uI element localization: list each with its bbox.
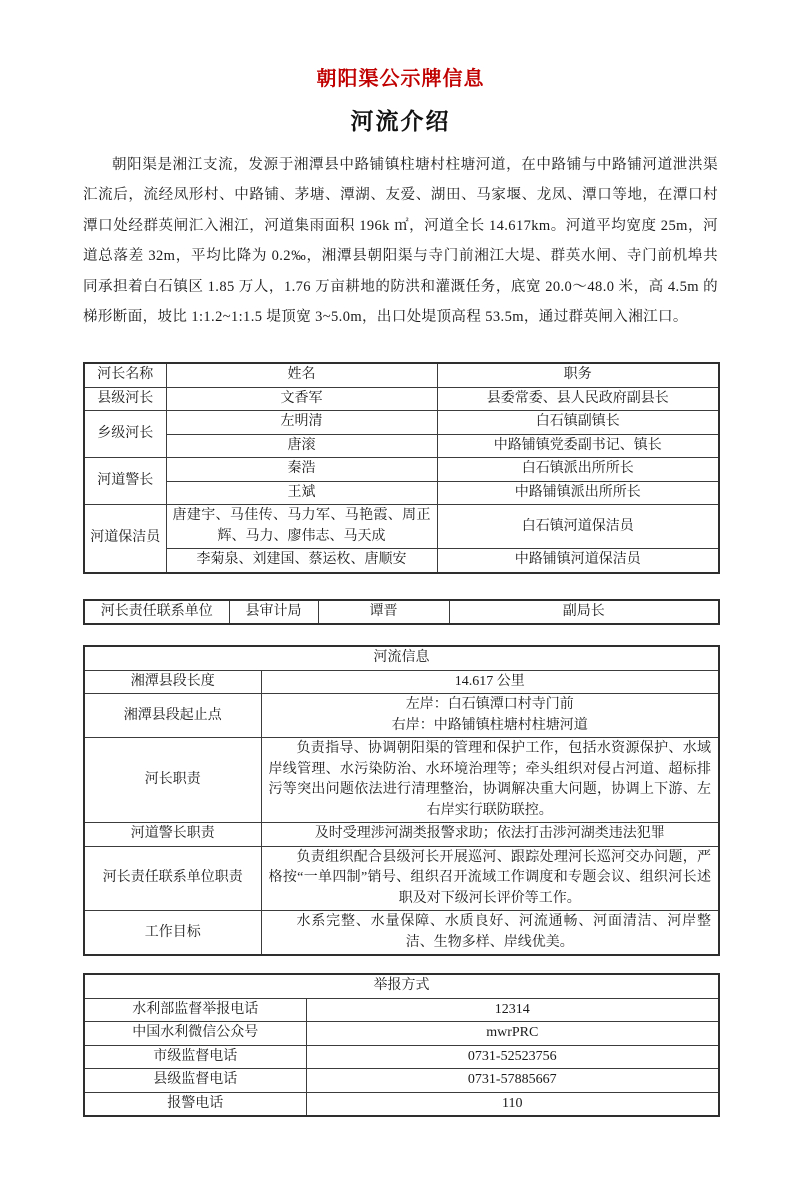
liaison-person-title: 副局长 xyxy=(449,600,719,625)
chiefs-header-person: 姓名 xyxy=(166,363,437,387)
liaison-person-name: 谭晋 xyxy=(318,600,449,625)
river-endpoints-value: 左岸：白石镇潭口村寺门前 右岸：中路铺镇柱塘村柱塘河道 xyxy=(261,694,719,738)
report-label: 中国水利微信公众号 xyxy=(84,1022,306,1046)
river-police-duty: 中路铺镇派出所所长 xyxy=(437,481,719,505)
river-info-title: 河流信息 xyxy=(84,646,719,670)
report-row: 报警电话 110 xyxy=(84,1092,719,1116)
river-info-table: 河流信息 湘潭县段长度 14.617 公里 湘潭县段起止点 左岸：白石镇潭口村寺… xyxy=(83,645,720,956)
liaison-duty-label: 河长责任联系单位职责 xyxy=(84,846,261,911)
river-police-label: 河道警长 xyxy=(84,458,166,505)
cleaners-persons: 唐建宇、马佳传、马力军、马艳霞、周正辉、马力、廖伟志、马天成 xyxy=(166,505,437,549)
river-endpoints-row: 湘潭县段起止点 左岸：白石镇潭口村寺门前 右岸：中路铺镇柱塘村柱塘河道 xyxy=(84,694,719,738)
liaison-duty-row: 河长责任联系单位职责 负责组织配合县级河长开展巡河、跟踪处理河长巡河交办问题，严… xyxy=(84,846,719,911)
liaison-unit-label: 河长责任联系单位 xyxy=(84,600,229,625)
work-goal-value: 水系完整、水量保障、水质良好、河流通畅、河面清洁、河岸整洁、生物多样、岸线优美。 xyxy=(261,911,719,956)
report-row: 市级监督电话 0731-52523756 xyxy=(84,1045,719,1069)
left-bank-text: 左岸：白石镇潭口村寺门前 xyxy=(266,695,715,716)
township-chief-duty: 中路铺镇党委副书记、镇长 xyxy=(437,434,719,458)
section-title: 河流介绍 xyxy=(83,103,718,136)
chiefs-header-duty: 职务 xyxy=(437,363,719,387)
police-duty-label: 河道警长职责 xyxy=(84,823,261,847)
river-police-row: 王斌 中路铺镇派出所所长 xyxy=(84,481,719,505)
river-police-row: 河道警长 秦浩 白石镇派出所所长 xyxy=(84,458,719,482)
report-value: 12314 xyxy=(306,998,719,1022)
police-duty-value: 及时受理涉河湖类报警求助；依法打击涉河湖类违法犯罪 xyxy=(261,823,719,847)
chiefs-header-row: 河长名称 姓名 职务 xyxy=(84,363,719,387)
chiefs-header-name: 河长名称 xyxy=(84,363,166,387)
cleaners-duty: 白石镇河道保洁员 xyxy=(437,505,719,549)
cleaners-label: 河道保洁员 xyxy=(84,505,166,573)
county-chief-person: 文香军 xyxy=(166,387,437,411)
chief-duty-label: 河长职责 xyxy=(84,738,261,823)
river-length-label: 湘潭县段长度 xyxy=(84,670,261,694)
work-goal-label: 工作目标 xyxy=(84,911,261,956)
police-duty-row: 河道警长职责 及时受理涉河湖类报警求助；依法打击涉河湖类违法犯罪 xyxy=(84,823,719,847)
report-label: 市级监督电话 xyxy=(84,1045,306,1069)
document-title: 朝阳渠公示牌信息 xyxy=(83,62,718,91)
cleaners-duty: 中路铺镇河道保洁员 xyxy=(437,549,719,573)
report-label: 县级监督电话 xyxy=(84,1069,306,1093)
township-chief-row: 唐滚 中路铺镇党委副书记、镇长 xyxy=(84,434,719,458)
work-goal-row: 工作目标 水系完整、水量保障、水质良好、河流通畅、河面清洁、河岸整洁、生物多样、… xyxy=(84,911,719,956)
river-police-person: 王斌 xyxy=(166,481,437,505)
right-bank-text: 右岸：中路铺镇柱塘村柱塘河道 xyxy=(266,716,715,737)
liaison-duty-value: 负责组织配合县级河长开展巡河、跟踪处理河长巡河交办问题，严格按“一单四制”销号、… xyxy=(261,846,719,911)
liaison-unit-table: 河长责任联系单位 县审计局 谭晋 副局长 xyxy=(83,599,720,626)
township-chief-label: 乡级河长 xyxy=(84,411,166,458)
report-value: 110 xyxy=(306,1092,719,1116)
report-value: 0731-57885667 xyxy=(306,1069,719,1093)
river-police-duty: 白石镇派出所所长 xyxy=(437,458,719,482)
report-row: 水利部监督举报电话 12314 xyxy=(84,998,719,1022)
river-intro-paragraph: 朝阳渠是湘江支流，发源于湘潭县中路铺镇柱塘村柱塘河道，在中路铺与中路铺河道泄洪渠… xyxy=(83,150,718,332)
chief-duty-row: 河长职责 负责指导、协调朝阳渠的管理和保护工作，包括水资源保护、水域岸线管理、水… xyxy=(84,738,719,823)
document-page: 朝阳渠公示牌信息 河流介绍 朝阳渠是湘江支流，发源于湘潭县中路铺镇柱塘村柱塘河道… xyxy=(0,62,800,1193)
river-endpoints-label: 湘潭县段起止点 xyxy=(84,694,261,738)
township-chief-row: 乡级河长 左明清 白石镇副镇长 xyxy=(84,411,719,435)
report-label: 水利部监督举报电话 xyxy=(84,998,306,1022)
report-row: 县级监督电话 0731-57885667 xyxy=(84,1069,719,1093)
report-title-row: 举报方式 xyxy=(84,974,719,998)
river-chiefs-table: 河长名称 姓名 职务 县级河长 文香军 县委常委、县人民政府副县长 乡级河长 左… xyxy=(83,362,720,574)
report-label: 报警电话 xyxy=(84,1092,306,1116)
river-info-title-row: 河流信息 xyxy=(84,646,719,670)
liaison-unit-name: 县审计局 xyxy=(229,600,318,625)
chief-duty-value: 负责指导、协调朝阳渠的管理和保护工作，包括水资源保护、水域岸线管理、水污染防治、… xyxy=(261,738,719,823)
county-chief-row: 县级河长 文香军 县委常委、县人民政府副县长 xyxy=(84,387,719,411)
river-length-row: 湘潭县段长度 14.617 公里 xyxy=(84,670,719,694)
report-value: 0731-52523756 xyxy=(306,1045,719,1069)
liaison-unit-row: 河长责任联系单位 县审计局 谭晋 副局长 xyxy=(84,600,719,625)
report-row: 中国水利微信公众号 mwrPRC xyxy=(84,1022,719,1046)
county-chief-label: 县级河长 xyxy=(84,387,166,411)
township-chief-person: 唐滚 xyxy=(166,434,437,458)
river-length-value: 14.617 公里 xyxy=(261,670,719,694)
report-methods-table: 举报方式 水利部监督举报电话 12314 中国水利微信公众号 mwrPRC 市级… xyxy=(83,973,720,1117)
cleaners-row: 李菊泉、刘建国、蔡运枚、唐顺安 中路铺镇河道保洁员 xyxy=(84,549,719,573)
township-chief-person: 左明清 xyxy=(166,411,437,435)
county-chief-duty: 县委常委、县人民政府副县长 xyxy=(437,387,719,411)
river-police-person: 秦浩 xyxy=(166,458,437,482)
cleaners-persons: 李菊泉、刘建国、蔡运枚、唐顺安 xyxy=(166,549,437,573)
township-chief-duty: 白石镇副镇长 xyxy=(437,411,719,435)
report-title: 举报方式 xyxy=(84,974,719,998)
cleaners-row: 河道保洁员 唐建宇、马佳传、马力军、马艳霞、周正辉、马力、廖伟志、马天成 白石镇… xyxy=(84,505,719,549)
report-value: mwrPRC xyxy=(306,1022,719,1046)
